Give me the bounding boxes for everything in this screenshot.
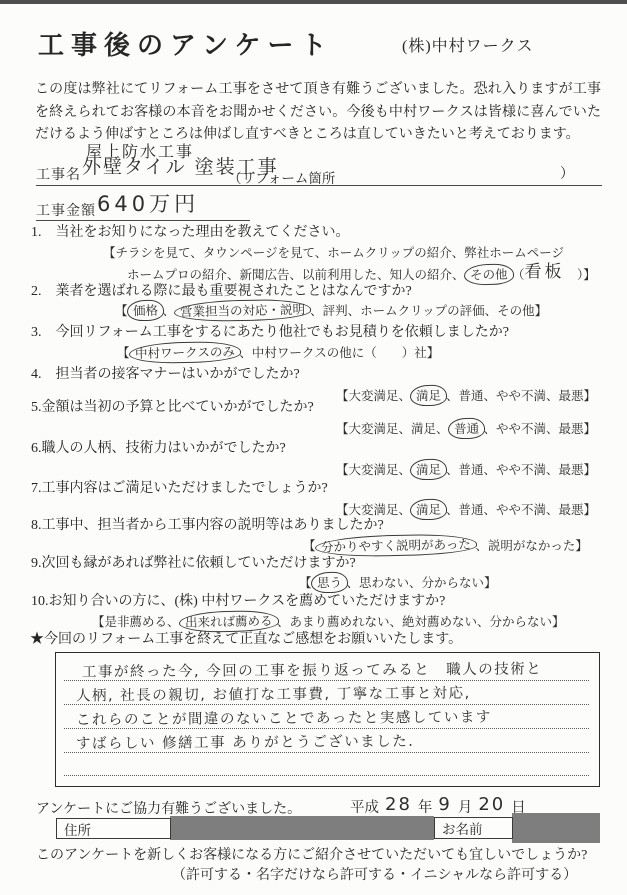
star-note: ★今回のリフォーム工事を終えて正直なご感想をお願いいたします。: [30, 628, 462, 648]
circled-answer: 満足: [410, 459, 447, 481]
question-3: 3. 今回リフォーム工事をするにあたり他社でもお見積りを依頼しましたか?: [31, 321, 509, 341]
question-8: 8.工事中、担当者から工事内容の説明等はありましたか?: [31, 514, 384, 534]
option-text: 、評判、ホームクリップの評価、その他】: [310, 304, 547, 318]
option-text: 、思わない、分からない】: [347, 576, 497, 590]
circled-answer: 満足: [410, 385, 447, 407]
option-text: 、普通、やや不満、最悪】: [446, 503, 596, 517]
question-2: 2. 業者を選ばれる際に最も重要視されたことはなんですか?: [31, 280, 412, 300]
name-label: お名前: [434, 817, 513, 839]
question-5-options: 【大変満足、満足、普通、やや不満、最悪】: [336, 418, 596, 439]
form-title: 工事後のアンケート: [38, 25, 333, 62]
scan-edge-strip: [0, 0, 627, 4]
scanned-survey-document: 工事後のアンケート (株)中村ワークス この度は弊社にてリフォーム工事をさせて頂…: [0, 0, 627, 895]
option-text: 、やや不満、最悪】: [484, 422, 597, 436]
date-line: 平成28年9月20日: [350, 796, 526, 817]
name-label-text: お名前: [442, 818, 483, 838]
amount-handwritten: 640万円: [97, 188, 199, 218]
project-name-underline: [36, 184, 602, 186]
question-6-options: 【大変満足、満足、普通、やや不満、最悪】: [336, 459, 596, 480]
question-5: 5.金額は当初の予算と比べていかがでしたか?: [31, 396, 314, 416]
option-text: 【: [303, 539, 316, 553]
circled-answer: その他: [463, 263, 513, 285]
question-9: 9.次回も縁があれば弊社に依頼していただけますか?: [31, 552, 356, 572]
date-era: 平成: [350, 800, 379, 816]
date-month-unit: 月: [458, 800, 473, 816]
project-name-label: 工事名: [36, 164, 81, 184]
circled-answer: 中村ワークスのみ: [128, 341, 240, 364]
circled-answer: 営業担当の対応・説明: [174, 299, 311, 323]
address-redaction-bar: [170, 816, 434, 840]
question-3-options: 【中村ワークスのみ、中村ワークスの他に（ ）社】: [117, 342, 439, 363]
option-text: 、普通、やや不満、最悪】: [446, 389, 596, 403]
circled-answer: 価格: [126, 300, 163, 322]
option-text: 、あまり薦めれない、絶対薦めない、分からない】: [277, 615, 565, 629]
question-4: 4. 担当者の接客マナーはいかがでしたか?: [31, 363, 300, 383]
option-text: 【是非薦める、: [92, 615, 180, 629]
comment-line-4: すばらしい 修繕工事 ありがとうございました.: [76, 730, 414, 753]
circled-answer: 普通: [447, 418, 484, 440]
option-text: 、中村ワークスの他に（ ）社】: [239, 346, 439, 360]
question-6: 6.職人の人柄、技術力はいかがでしたか?: [31, 437, 286, 457]
comment-line-1: 工事が終った今, 今回の工事を振り返ってみると 職人の技術と: [82, 657, 542, 681]
reform-location-close-paren: ）: [560, 163, 574, 183]
comments-box: 工事が終った今, 今回の工事を振り返ってみると 職人の技術と 人柄, 社長の親切…: [55, 652, 600, 787]
question-2-options: 【価格、営業担当の対応・説明、評判、ホームクリップの評価、その他】: [115, 300, 547, 321]
option-text: 、普通、やや不満、最悪】: [446, 463, 596, 477]
date-year-unit: 年: [418, 800, 433, 816]
address-label-text: 住所: [64, 819, 91, 839]
consent-question: このアンケートを新しくお客様になる方にご紹介させていただいても宜しいでしょうか?: [36, 844, 587, 864]
comment-line-3: これらのことが間違のないことであったと実感しています: [76, 706, 492, 730]
option-text: （: [512, 268, 525, 282]
thanks-text: アンケートにご協力有難うございました。: [36, 798, 301, 818]
permission-options: （許可する・名字だけなら許可する・イニシャルなら許可する）: [172, 864, 577, 884]
date-year-handwritten: 28: [385, 794, 412, 815]
date-day-handwritten: 20: [478, 794, 505, 815]
option-text: 、: [163, 304, 176, 318]
option-text: 、説明がなかった】: [475, 539, 588, 553]
option-text: 【: [115, 304, 128, 318]
question-10: 10.お知り合いの方に、(株) 中村ワークスを薦めていただけますか?: [31, 590, 445, 610]
amount-label: 工事金額: [36, 200, 96, 220]
question-7: 7.工事内容はご満足いただけましたでしょうか?: [31, 477, 328, 497]
option-text: 【大変満足、満足、: [336, 422, 449, 436]
date-month-handwritten: 9: [438, 794, 451, 815]
comment-ruled-line: [64, 775, 589, 776]
comment-line-2: 人柄, 社長の親切, お値打な工事費, 丁寧な工事と対応,: [76, 682, 471, 706]
address-label: 住所: [56, 818, 171, 839]
option-text: 【チラシを見て、タウンページを見て、ホームクリップの紹介、弊社ホームページ: [103, 246, 564, 260]
option-text: 【大変満足、: [336, 463, 411, 477]
option-text: ）】: [565, 268, 596, 282]
question-1: 1. 当社をお知りになった理由を教えてください。: [31, 221, 350, 241]
option-text: 【: [117, 346, 130, 360]
handwritten-answer: 看板: [525, 262, 565, 282]
company-name: (株)中村ワークス: [402, 33, 534, 56]
name-redaction-bar: [512, 813, 600, 843]
option-text: 【: [299, 576, 312, 590]
question-4-options: 【大変満足、満足、普通、やや不満、最悪】: [336, 385, 596, 406]
intro-paragraph: この度は弊社にてリフォーム工事をさせて頂き有難うございました。恐れ入りますが工事…: [35, 79, 601, 147]
circled-answer: 満足: [410, 499, 447, 521]
option-text: 【大変満足、: [336, 389, 411, 403]
